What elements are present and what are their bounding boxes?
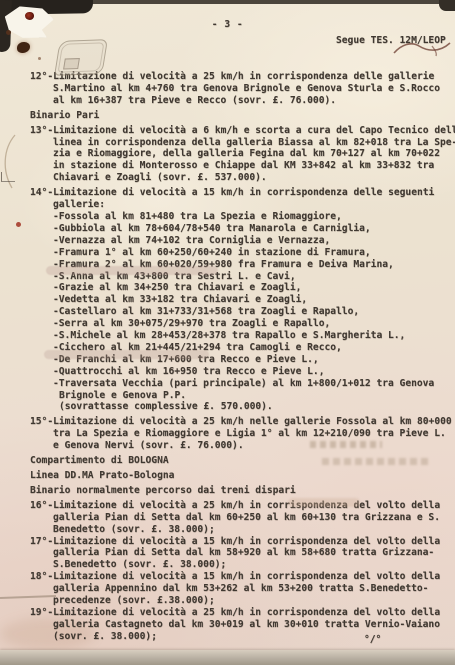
document-line: e Genova Nervi (sovr. £. 76.000). <box>53 440 455 452</box>
document-line: 13°-Limitazione di velocità a 6 km/h e s… <box>30 125 455 137</box>
document-line: -Framura 1° al km 60+250/60+240 in stazi… <box>53 247 455 259</box>
document-line: 15°-Limitazione di velocità a 25 km/h ne… <box>30 416 455 428</box>
document-line: -De Franchi al km 17+600 tra Recco e Pie… <box>53 354 455 366</box>
scanned-document-page: - 3 - Segue TES. 12M/LEOP 12°-Limitazion… <box>0 0 455 665</box>
stamp-border <box>58 42 105 72</box>
document-line: -Cicchero al km 21+445/21+294 tra Camogl… <box>53 342 455 354</box>
stamp-emblem <box>63 58 80 70</box>
heading-compartimento-bologna: Compartimento di BOLOGNA <box>30 455 455 467</box>
heading-binario-pari: Binario Pari <box>30 110 455 122</box>
document-line: -S.Anna al km 43+800 tra Sestri L. e Cav… <box>53 271 455 283</box>
stain-dot <box>38 57 41 60</box>
document-line: 12°-Limitazione di velocità a 25 km/h in… <box>30 71 455 83</box>
document-line: precedenze (sovr. £.38.000); <box>53 595 455 607</box>
item-15: 15°-Limitazione di velocità a 25 km/h ne… <box>30 416 455 452</box>
item-16: 16°-Limitazione di velocità a 25 km/h in… <box>30 500 455 536</box>
document-line: 18°-Limitazione di velocità a 15 km/h in… <box>30 571 455 583</box>
document-line: Chiavari e Zoagli (sovr. £. 537.000). <box>53 172 455 184</box>
document-line: galleria Pian di Setta dal km 58+920 al … <box>53 547 455 559</box>
document-line: -Vernazza al km 74+102 tra Corniglia e V… <box>53 235 455 247</box>
pencil-mark-icon <box>0 133 18 191</box>
document-line: galleria Pian di Setta dal km 60+250 al … <box>53 512 455 524</box>
item-14: 14°-Limitazione di velocità a 15 km/h in… <box>30 187 455 413</box>
document-line: S.Benedetto (sovr. £. 38.000); <box>53 559 455 571</box>
document-line: S.Martino al km 4+760 tra Genova Brignol… <box>53 83 455 95</box>
item-12: 12°-Limitazione di velocità a 25 km/h in… <box>30 71 455 107</box>
document-line: 14°-Limitazione di velocità a 15 km/h in… <box>30 187 455 199</box>
red-spot <box>16 222 21 227</box>
item-19: 19°-Limitazione di velocità a 25 km/h in… <box>30 607 455 643</box>
document-line: -S.Michele al km 28+453/28+378 tra Rapal… <box>53 330 455 342</box>
document-line: tra La Spezia e Riomaggiore e Ligia 1° a… <box>53 428 455 440</box>
document-line: -Grazie al km 34+250 tra Chiavari e Zoag… <box>53 282 455 294</box>
document-line: 16°-Limitazione di velocità a 25 km/h in… <box>30 500 455 512</box>
continuation-header: Segue TES. 12M/LEOP <box>336 35 446 46</box>
document-line: galleria Appennino dal km 53+262 al km 5… <box>53 583 455 595</box>
document-body: 12°-Limitazione di velocità a 25 km/h in… <box>30 71 455 643</box>
scan-edge-bottom <box>0 650 455 665</box>
heading-binario-treni-dispari: Binario normalmente percorso dai treni d… <box>30 485 455 497</box>
document-line: Compartimento di BOLOGNA <box>30 455 455 467</box>
document-line: 19°-Limitazione di velocità a 25 km/h in… <box>30 607 455 619</box>
document-line: -Framura 2° al km 60+020/59+980 fra Fram… <box>53 259 455 271</box>
document-line: al km 16+387 tra Pieve e Recco (sovr. £.… <box>53 95 455 107</box>
scan-edge-top <box>0 0 455 4</box>
document-line: galleria Castagneto dal km 30+019 al km … <box>53 619 455 631</box>
document-line: -Traversata Vecchia (pari principale) al… <box>53 378 455 390</box>
heading-linea-prato-bologna: Linea DD.MA Prato-Bologna <box>30 470 455 482</box>
document-line: Binario Pari <box>30 110 455 122</box>
margin-pen-line <box>1 172 15 182</box>
document-line: Linea DD.MA Prato-Bologna <box>30 470 455 482</box>
stain-dot <box>6 30 11 35</box>
document-line: -Fossola al km 81+480 tra La Spezia e Ri… <box>53 211 455 223</box>
document-line: linea in corrispondenza della galleria B… <box>53 137 455 149</box>
document-line: (sovrattasse complessive £. 570.000). <box>59 401 455 413</box>
scan-corner-top-right <box>439 0 455 11</box>
document-line: Brignole e Genova P.P. <box>59 390 455 402</box>
document-line: zia e Riomaggiore, della galleria Fegina… <box>53 148 455 160</box>
document-line: Benedetto (sovr. £. 38.000); <box>53 524 455 536</box>
document-line: Binario normalmente percorso dai treni d… <box>30 485 455 497</box>
page-number: - 3 - <box>0 19 455 30</box>
document-line: gallerie: <box>53 199 455 211</box>
document-line: 17°-Limitazione di velocità a 15 km/h in… <box>30 536 455 548</box>
document-line: -Gubbiola al km 78+604/78+540 tra Manaro… <box>53 223 455 235</box>
document-line: in stazione di Monterosso e Chiappe dal … <box>53 160 455 172</box>
document-line: (sovr. £. 38.000); <box>53 631 455 643</box>
document-line: -Serra al km 30+075/29+970 tra Zoagli e … <box>53 318 455 330</box>
document-line: -Vedetta al km 33+182 tra Chiavari e Zoa… <box>53 294 455 306</box>
item-13: 13°-Limitazione di velocità a 6 km/h e s… <box>30 125 455 185</box>
document-line: -Quattrocchi al km 16+950 tra Recco e Pi… <box>53 366 455 378</box>
scan-corner-top-left <box>0 0 93 15</box>
document-line: -Castellaro al km 31+733/31+568 tra Zoag… <box>53 306 455 318</box>
item-17: 17°-Limitazione di velocità a 15 km/h in… <box>30 536 455 572</box>
item-18: 18°-Limitazione di velocità a 15 km/h in… <box>30 571 455 607</box>
ink-stain <box>17 42 30 53</box>
